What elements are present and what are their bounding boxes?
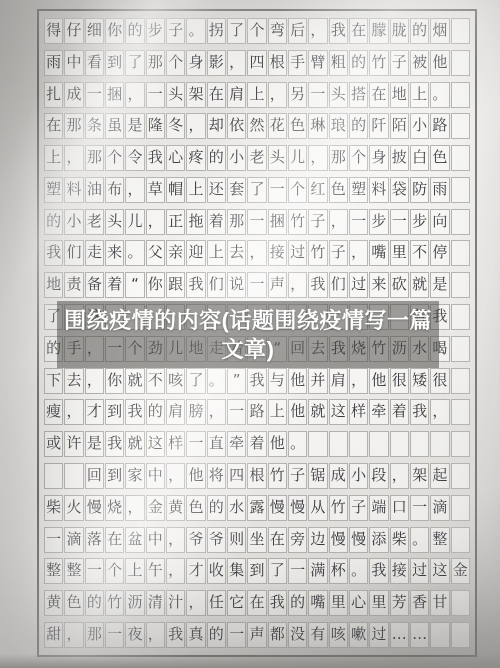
char-cell: 甘 — [430, 590, 449, 616]
char-cell: 落 — [85, 527, 104, 553]
char-cell: 慢 — [349, 527, 368, 553]
char-cell: 的 — [146, 399, 165, 425]
char-cell: 的 — [125, 18, 144, 44]
char-cell: 一 — [85, 558, 104, 584]
char-cell: 料 — [369, 177, 388, 203]
char-cell: 路 — [430, 113, 449, 139]
grid-row: 地责备着“你跟我们说一声，我们过来砍就是 — [44, 272, 470, 298]
char-cell: 架 — [410, 463, 429, 489]
grid-row: 黄色的竹沥清汁，任它在我的嘴里心里芳香甘 — [44, 590, 470, 616]
char-cell: 心 — [166, 145, 185, 171]
char-cell: 到 — [247, 558, 266, 584]
char-cell: 牵 — [227, 431, 246, 457]
char-cell: 然 — [247, 113, 266, 139]
char-cell: 头 — [105, 209, 124, 235]
char-cell: 上 — [268, 399, 287, 425]
char-cell: 身 — [186, 50, 205, 76]
char-cell: 捆 — [268, 209, 287, 235]
char-cell: 你 — [146, 272, 165, 298]
char-cell: ， — [308, 18, 327, 44]
char-cell: 条 — [85, 113, 104, 139]
char-cell: 草 — [146, 177, 165, 203]
char-cell: 过 — [410, 558, 429, 584]
char-cell: 我 — [410, 399, 429, 425]
char-cell: 走 — [85, 240, 104, 266]
char-cell: 来 — [105, 240, 124, 266]
grid-row: 或许是我就这样一直牵着他。 — [44, 431, 470, 457]
char-cell: ， — [430, 399, 449, 425]
char-cell: 仔 — [64, 18, 83, 44]
char-cell: 。 — [430, 82, 449, 108]
char-cell: 这 — [329, 399, 348, 425]
char-cell: 水 — [227, 495, 246, 521]
char-cell: 那 — [85, 145, 104, 171]
char-cell: 真 — [186, 622, 205, 648]
char-cell: 色 — [430, 145, 449, 171]
char-cell: ， — [64, 622, 83, 648]
char-cell: 的 — [349, 50, 368, 76]
char-cell: 父 — [146, 240, 165, 266]
char-cell: 清 — [146, 590, 165, 616]
char-cell — [308, 431, 327, 457]
char-cell — [451, 209, 470, 235]
char-cell: 疼 — [186, 145, 205, 171]
char-cell: 得 — [44, 18, 63, 44]
char-cell: 去 — [227, 240, 246, 266]
char-cell: 一 — [105, 622, 124, 648]
char-cell: 。 — [186, 18, 205, 44]
char-cell — [64, 463, 83, 489]
char-cell: 一 — [44, 527, 63, 553]
char-cell: 他 — [186, 463, 205, 489]
char-cell: 子 — [166, 18, 185, 44]
char-cell: 有 — [308, 622, 327, 648]
char-cell: 去 — [64, 368, 83, 394]
char-cell: 。 — [288, 431, 307, 457]
char-cell: ， — [186, 113, 205, 139]
char-cell: 没 — [288, 622, 307, 648]
char-cell — [44, 463, 63, 489]
char-cell: 我 — [268, 590, 287, 616]
photo-canvas: 得仔细你的步子。拐了个弯后，我在朦胧的烟雨中看到了那个身影，四根手臂粗的竹子被他… — [0, 0, 500, 668]
char-cell — [451, 463, 470, 489]
char-cell: 头 — [268, 145, 287, 171]
char-cell: 爷 — [207, 527, 226, 553]
char-cell: 拖 — [186, 209, 205, 235]
char-cell: 竹 — [369, 50, 388, 76]
char-cell: 矮 — [410, 368, 429, 394]
char-cell: 小 — [64, 209, 83, 235]
char-cell: 很 — [430, 368, 449, 394]
char-cell: 不 — [410, 240, 429, 266]
grid-row: 瘦，才到我的肩膀，一路上他就这样牵着我， — [44, 399, 470, 425]
char-cell: 看 — [85, 50, 104, 76]
char-cell: 了 — [247, 177, 266, 203]
char-cell — [451, 399, 470, 425]
char-cell: ， — [308, 145, 327, 171]
char-cell: 个 — [288, 177, 307, 203]
char-cell: ， — [227, 50, 246, 76]
char-cell: 口 — [390, 495, 409, 521]
char-cell: 满 — [308, 558, 327, 584]
char-cell: ， — [125, 177, 144, 203]
char-cell: 。 — [207, 368, 226, 394]
char-cell: 你 — [105, 18, 124, 44]
char-cell — [451, 177, 470, 203]
char-cell: 花 — [268, 113, 287, 139]
char-cell — [451, 304, 470, 330]
char-cell: 一 — [186, 431, 205, 457]
char-cell: 回 — [85, 463, 104, 489]
char-cell: ， — [349, 368, 368, 394]
char-cell: 香 — [410, 590, 429, 616]
char-cell: 的 — [44, 209, 63, 235]
char-cell: 白 — [410, 145, 429, 171]
char-cell: 向 — [430, 209, 449, 235]
char-cell: 雨 — [44, 50, 63, 76]
grid-row: 甜，那一夜，我真的一声都没有咳嗽过…… — [44, 622, 470, 648]
char-cell: 阡 — [369, 113, 388, 139]
char-cell: 了 — [125, 50, 144, 76]
char-cell: ， — [146, 622, 165, 648]
char-cell: 它 — [227, 590, 246, 616]
char-cell: 塑 — [44, 177, 63, 203]
char-cell: 个 — [247, 18, 266, 44]
char-cell: 他 — [430, 50, 449, 76]
char-cell: 上 — [44, 145, 63, 171]
char-cell: 胧 — [390, 18, 409, 44]
char-cell: 儿 — [125, 209, 144, 235]
char-cell: ， — [247, 240, 266, 266]
char-cell: 一 — [227, 622, 246, 648]
char-cell: 冬 — [166, 113, 185, 139]
char-cell: 嘴 — [308, 590, 327, 616]
char-cell: 的 — [207, 622, 226, 648]
grid-row: 整整一个上午，才收集到了一满杯。我接过这金 — [44, 558, 470, 584]
char-cell: 里 — [390, 240, 409, 266]
char-cell: 一 — [410, 495, 429, 521]
char-cell: 才 — [186, 558, 205, 584]
char-cell: 慢 — [85, 495, 104, 521]
char-cell: 他 — [268, 431, 287, 457]
char-cell: 接 — [268, 240, 287, 266]
char-cell: 的 — [410, 18, 429, 44]
char-cell: 一 — [349, 209, 368, 235]
char-cell: 起 — [430, 463, 449, 489]
char-cell: 样 — [349, 399, 368, 425]
char-cell: 是 — [85, 431, 104, 457]
char-cell: 地 — [390, 82, 409, 108]
char-cell: 整 — [44, 558, 63, 584]
char-cell: 们 — [64, 240, 83, 266]
char-cell: 陌 — [390, 113, 409, 139]
char-cell: 头 — [166, 82, 185, 108]
char-cell: 午 — [146, 558, 165, 584]
char-cell: 黄 — [44, 590, 63, 616]
char-cell: 过 — [369, 622, 388, 648]
char-cell: 子 — [349, 495, 368, 521]
char-cell: 样 — [166, 431, 185, 457]
char-cell: 到 — [105, 399, 124, 425]
char-cell: 们 — [329, 272, 348, 298]
char-cell: 后 — [288, 18, 307, 44]
char-cell: 沥 — [125, 590, 144, 616]
char-cell: 上 — [125, 558, 144, 584]
char-cell: 则 — [227, 527, 246, 553]
char-cell: 个 — [166, 50, 185, 76]
char-cell: 竹 — [308, 240, 327, 266]
char-cell: 手 — [288, 50, 307, 76]
char-cell: 上 — [207, 240, 226, 266]
char-cell: 我 — [44, 240, 63, 266]
char-cell — [451, 622, 470, 648]
char-cell: 老 — [85, 209, 104, 235]
char-cell: 披 — [390, 145, 409, 171]
char-cell: 慢 — [268, 495, 287, 521]
char-cell: 路 — [247, 399, 266, 425]
char-cell: 身 — [369, 145, 388, 171]
char-cell: 却 — [207, 113, 226, 139]
char-cell: 膀 — [186, 399, 205, 425]
char-cell: ， — [146, 209, 165, 235]
char-cell: 肩 — [329, 368, 348, 394]
char-cell: 根 — [268, 50, 287, 76]
char-cell: 一 — [227, 399, 246, 425]
char-cell: 色 — [64, 590, 83, 616]
char-cell: 的 — [207, 495, 226, 521]
char-cell: 令 — [125, 145, 144, 171]
char-cell: 那 — [146, 50, 165, 76]
char-cell: 上 — [410, 82, 429, 108]
char-cell: 的 — [207, 145, 226, 171]
char-cell: 正 — [166, 209, 185, 235]
char-cell: 步 — [146, 18, 165, 44]
char-cell: ， — [64, 145, 83, 171]
char-cell: 油 — [85, 177, 104, 203]
char-cell: 粗 — [329, 50, 348, 76]
char-cell: ， — [329, 209, 348, 235]
char-cell — [451, 272, 470, 298]
char-cell: 拐 — [207, 18, 226, 44]
char-cell: 烧 — [105, 495, 124, 521]
char-cell: 与 — [268, 368, 287, 394]
char-cell: 。 — [349, 558, 368, 584]
char-cell: 任 — [207, 590, 226, 616]
char-cell: 着 — [390, 399, 409, 425]
char-cell: 过 — [288, 240, 307, 266]
char-cell: 我 — [186, 272, 205, 298]
char-cell: 根 — [247, 463, 266, 489]
char-cell: 。 — [125, 240, 144, 266]
char-cell: 红 — [308, 177, 327, 203]
grid-row: 下去，你就不咳了。”我与他并肩，他很矮很 — [44, 368, 470, 394]
char-cell: 竹 — [288, 209, 307, 235]
char-cell: 从 — [308, 495, 327, 521]
char-cell: 咳 — [166, 368, 185, 394]
char-cell: ， — [125, 82, 144, 108]
char-cell: 弯 — [268, 18, 287, 44]
char-cell — [451, 50, 470, 76]
char-cell: 细 — [85, 18, 104, 44]
char-cell: 他 — [288, 399, 307, 425]
char-cell: 我 — [308, 272, 327, 298]
char-cell: 那 — [227, 209, 246, 235]
char-cell: … — [390, 622, 409, 648]
char-cell: 雨 — [430, 177, 449, 203]
char-cell: ， — [207, 399, 226, 425]
char-cell: 我 — [105, 431, 124, 457]
char-cell: 停 — [430, 240, 449, 266]
char-cell: 那 — [64, 113, 83, 139]
char-cell: 在 — [44, 113, 63, 139]
char-cell: 旁 — [288, 527, 307, 553]
char-cell: 。 — [410, 527, 429, 553]
char-cell: 才 — [85, 399, 104, 425]
char-cell: 了 — [268, 558, 287, 584]
char-cell: 边 — [308, 527, 327, 553]
char-cell: 心 — [349, 590, 368, 616]
char-cell: 捆 — [105, 82, 124, 108]
char-cell: 子 — [390, 50, 409, 76]
char-cell: 成 — [64, 82, 83, 108]
char-cell: 步 — [410, 209, 429, 235]
char-cell: 就 — [308, 399, 327, 425]
char-cell: 段 — [369, 463, 388, 489]
char-cell: 一 — [390, 209, 409, 235]
char-cell: 就 — [125, 431, 144, 457]
char-cell — [451, 336, 470, 362]
char-cell: 甜 — [44, 622, 63, 648]
char-cell: 汁 — [166, 590, 185, 616]
char-cell: 的 — [288, 590, 307, 616]
char-cell: 上 — [247, 82, 266, 108]
char-cell: 一 — [247, 272, 266, 298]
char-cell — [349, 431, 368, 457]
char-cell: 这 — [146, 431, 165, 457]
char-cell: 色 — [329, 177, 348, 203]
char-cell: 家 — [125, 463, 144, 489]
char-cell: 袋 — [390, 177, 409, 203]
char-cell: 扎 — [44, 82, 63, 108]
char-cell: 子 — [308, 209, 327, 235]
char-cell: 们 — [207, 272, 226, 298]
char-cell: 隆 — [146, 113, 165, 139]
grid-row: 我们走来。父亲迎上去，接过竹子，嘴里不停 — [44, 240, 470, 266]
char-cell: 锯 — [308, 463, 327, 489]
char-cell: 竹 — [105, 590, 124, 616]
char-cell: 个 — [105, 145, 124, 171]
char-cell: 还 — [207, 177, 226, 203]
char-cell: 影 — [207, 50, 226, 76]
char-cell: 肩 — [166, 399, 185, 425]
char-cell — [451, 82, 470, 108]
title-overlay-banner: 围绕疫情的内容(话题围绕疫情写一篇文章) — [57, 301, 439, 368]
char-cell: 着 — [105, 272, 124, 298]
char-cell: 滴 — [430, 495, 449, 521]
char-cell — [451, 527, 470, 553]
char-cell: 来 — [369, 272, 388, 298]
char-cell: 虽 — [105, 113, 124, 139]
char-cell: 这 — [430, 558, 449, 584]
char-cell: 步 — [369, 209, 388, 235]
char-cell: 着 — [207, 209, 226, 235]
char-cell: 里 — [369, 590, 388, 616]
char-cell: 集 — [227, 558, 246, 584]
char-cell: 子 — [288, 463, 307, 489]
char-cell: 或 — [44, 431, 63, 457]
char-cell: 四 — [227, 463, 246, 489]
char-cell: 杯 — [329, 558, 348, 584]
grid-row: 回到家中，他将四根竹子锯成小段，架起 — [44, 463, 470, 489]
char-cell — [451, 145, 470, 171]
char-cell: 将 — [207, 463, 226, 489]
char-cell: 我 — [146, 145, 165, 171]
char-cell: 中 — [64, 50, 83, 76]
char-cell: 芳 — [390, 590, 409, 616]
char-cell: ， — [166, 463, 185, 489]
char-cell: 接 — [390, 558, 409, 584]
char-cell: 金 — [451, 558, 470, 584]
char-cell: 在 — [207, 82, 226, 108]
grid-row: 上，那个令我心疼的小老头儿，那个身披白色 — [44, 145, 470, 171]
grid-row: 柴火慢烧，金黄色的水露慢慢从竹子端口一滴 — [44, 495, 470, 521]
char-cell: 盆 — [125, 527, 144, 553]
char-cell: 火 — [64, 495, 83, 521]
char-cell: 套 — [227, 177, 246, 203]
char-cell: 一 — [85, 82, 104, 108]
grid-row: 扎成一捆，一头架在肩上，另一头搭在地上。 — [44, 82, 470, 108]
char-cell: 架 — [186, 82, 205, 108]
char-cell: ， — [390, 463, 409, 489]
char-cell: 子 — [329, 240, 348, 266]
char-cell: 了 — [186, 368, 205, 394]
char-cell: 的 — [85, 590, 104, 616]
char-cell: 就 — [410, 272, 429, 298]
char-cell: 是 — [125, 113, 144, 139]
char-cell: ， — [166, 527, 185, 553]
char-cell: 夜 — [125, 622, 144, 648]
char-cell: 露 — [247, 495, 266, 521]
char-cell — [329, 431, 348, 457]
char-cell: 的 — [349, 113, 368, 139]
char-cell: 备 — [85, 272, 104, 298]
char-cell: 那 — [329, 145, 348, 171]
char-cell: 收 — [207, 558, 226, 584]
char-cell: 我 — [329, 18, 348, 44]
grid-row: 一滴落在盆中，爷爷则坐在旁边慢慢添柴。整 — [44, 527, 470, 553]
char-cell: 臂 — [308, 50, 327, 76]
char-cell: ” — [227, 368, 246, 394]
char-cell: ， — [125, 495, 144, 521]
char-cell: 直 — [207, 431, 226, 457]
char-cell: 竹 — [268, 463, 287, 489]
char-cell: 上 — [186, 177, 205, 203]
char-cell: 我 — [166, 622, 185, 648]
char-cell: 另 — [288, 82, 307, 108]
char-cell: 依 — [227, 113, 246, 139]
overlay-title: 围绕疫情的内容(话题围绕疫情写一篇文章) — [64, 306, 432, 364]
grid-row: 的小老头儿，正拖着那一捆竹子，一步一步向 — [44, 209, 470, 235]
char-cell: 一 — [308, 82, 327, 108]
char-cell — [430, 622, 449, 648]
char-cell: 爷 — [186, 527, 205, 553]
char-cell: 跟 — [166, 272, 185, 298]
char-cell: 地 — [44, 272, 63, 298]
char-cell: 着 — [247, 431, 266, 457]
grid-row: 得仔细你的步子。拐了个弯后，我在朦胧的烟 — [44, 18, 470, 44]
char-cell: 我 — [125, 399, 144, 425]
grid-row: 塑料油布，草帽上还套了一个红色塑料袋防雨 — [44, 177, 470, 203]
